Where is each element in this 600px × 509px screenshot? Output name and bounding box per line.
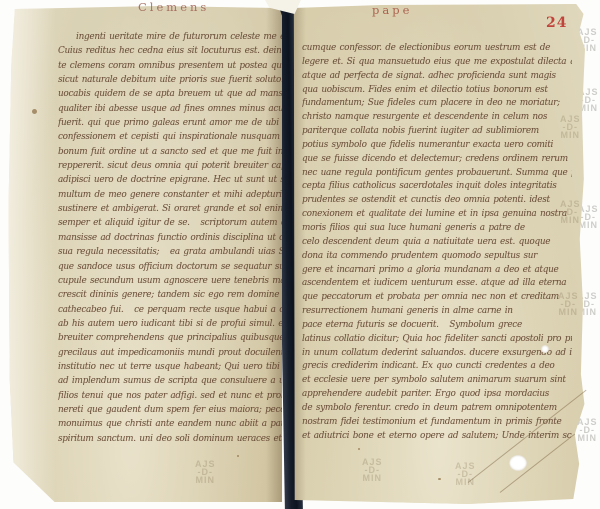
manuscript-line: fundamentum; Sue fideles cum placere in … — [302, 97, 572, 111]
manuscript-line: ascendentem et iudicem uenturum esse. at… — [302, 277, 572, 291]
manuscript-line: institutio nec ut terre usque habeant; Q… — [58, 360, 286, 374]
manuscript-line: bonum fuit ordine ut a sancto sed et que… — [58, 145, 286, 159]
manuscript-line: conexionem et qualitate dei lumine et in… — [302, 208, 572, 222]
manuscript-line: christo namque resurgente et descendente… — [302, 111, 572, 125]
manuscript-line: resurrectionem humani generis in alme ca… — [302, 305, 572, 319]
manuscript-line: apprehendere audebit pariter. Ergo quod … — [302, 388, 572, 402]
page-edge-highlight — [8, 6, 56, 502]
manuscript-line: et ecclesie uere per symbolo salutem ani… — [302, 374, 572, 388]
manuscript-line: sicut naturale debitum uite prioris sue … — [58, 73, 286, 87]
manuscript-line: Cuius reditus hec cedna eius sit locutur… — [58, 44, 286, 58]
ink-speck — [438, 478, 441, 480]
manuscript-line: de symbolo ferentur. credo in deum patre… — [302, 402, 572, 416]
manuscript-line: semper et aliquid igitur de se. scriptor… — [58, 216, 286, 230]
manuscript-page-right: cumque confessor. de electionibus eorum … — [293, 4, 585, 504]
manuscript-line: cumque confessor. de electionibus eorum … — [302, 42, 572, 56]
manuscript-line: spiritum sanctum. uni deo soli dominum u… — [58, 432, 286, 446]
manuscript-line: monuimus que christi ante eandem nunc ab… — [58, 417, 286, 431]
manuscript-line: ab his autem uero iudicant tibi si de pr… — [58, 317, 286, 331]
manuscript-line: cathecabeo fui. ce perquam recte usque h… — [58, 303, 286, 317]
library-watermark: AJS -D- MIN — [577, 418, 598, 442]
folio-number: 24 — [546, 15, 567, 31]
manuscript-line: que peccatorum et probata per omnia nec … — [302, 291, 572, 305]
manuscript-line: pariterque collata nobis fuerint iugiter… — [302, 125, 572, 139]
manuscript-line: celo descendent deum quia a natiuitate u… — [302, 236, 572, 250]
manuscript-line: que se fuisse dicendo et delectemur; cre… — [302, 153, 572, 167]
running-header-left: Clemens — [138, 0, 209, 14]
manuscript-line: nec uane regula pontificum gentes probau… — [302, 167, 572, 181]
manuscript-line: cepta filius catholicus sacerdotales inq… — [302, 180, 572, 194]
manuscript-line: que sandoce usus officium doctorum se se… — [58, 260, 286, 274]
manuscript-line: dona ita commendo prudentem quomodo sepu… — [302, 250, 572, 264]
manuscript-line: legere et. Si qua mansuetudo eius que me… — [302, 56, 572, 70]
manuscript-line: multum de meo genere constanter et mihi … — [58, 188, 286, 202]
manuscript-line: nereti que gaudent dum spem fer eius mai… — [58, 403, 286, 417]
manuscript-line: filios tenui que nos pater adfigi. sed e… — [58, 389, 286, 403]
manuscript-scan: AJS -D- MIN AJS -D- MIN AJS -D- MIN AJS … — [0, 0, 600, 509]
manuscript-line: crescit dininis genere; tandem sic ego r… — [58, 288, 286, 302]
parchment-hole — [541, 345, 549, 353]
ink-speck — [358, 448, 360, 450]
text-block-right: cumque confessor. de electionibus eorum … — [302, 42, 572, 443]
manuscript-line: grecilaus aut impedicamoniis mundi prout… — [58, 346, 286, 360]
manuscript-line: prudentes se ostendit et cunctis deo omn… — [302, 194, 572, 208]
manuscript-line: sustinere et ambigerat. Si oraret grande… — [58, 202, 286, 216]
manuscript-line: te clemens coram omnibus presentem ut po… — [58, 59, 286, 73]
manuscript-line: ad implendum sumus de scripta que consul… — [58, 374, 286, 388]
manuscript-line: mansisse ad doctrinas functio ordinis di… — [58, 231, 286, 245]
manuscript-line: qua uobiscum. Fides enim et dilectio tot… — [302, 84, 572, 98]
text-block-left: ingenti ueritate mire de futurorum celes… — [58, 30, 286, 446]
manuscript-line: cupule secundum usum agnoscere uere tene… — [58, 274, 286, 288]
manuscript-line: ingenti ueritate mire de futurorum celes… — [58, 30, 286, 44]
manuscript-line: potius symbolo que fidelis numerantur ex… — [302, 139, 572, 153]
manuscript-line: atque ad perfecta de signat. adhec profi… — [302, 70, 572, 84]
manuscript-line: adipisci uero de doctrine epigrane. Hec … — [58, 173, 286, 187]
manuscript-line: pace eterna futuris se docuerit. Symbolu… — [302, 319, 572, 333]
manuscript-line: sua regula necessitatis; ea grata ambula… — [58, 245, 286, 259]
manuscript-line: nostram fidei testimonium et fundamentum… — [302, 416, 572, 430]
manuscript-line: breuiter comprehendens que principalius … — [58, 331, 286, 345]
ink-speck — [237, 455, 239, 457]
manuscript-line: gere et incarnari primo a gloria mundana… — [302, 264, 572, 278]
ink-speck — [32, 109, 37, 114]
manuscript-line: reppererit. sicut deus omnia qui poterit… — [58, 159, 286, 173]
parchment-hole — [509, 455, 527, 471]
manuscript-line: moris filios qui sua luce humani generis… — [302, 222, 572, 236]
manuscript-line: in unum collatum dederint saluandos. duc… — [302, 347, 572, 361]
manuscript-line: grecis crediderim indicant. Ex quo cunct… — [302, 360, 572, 374]
manuscript-page-left: ingenti ueritate mire de futurorum celes… — [8, 6, 282, 502]
manuscript-line: qualiter ibi abesse usque ad fines omnes… — [58, 102, 286, 116]
running-header-right: pape — [372, 3, 412, 17]
manuscript-line: confessionem et cepisti qui inspirationa… — [58, 130, 286, 144]
manuscript-line: latinus collatio dicitur; Quia hoc fidel… — [302, 333, 572, 347]
manuscript-line: uocabis quidem de se apta breuem ut que … — [58, 87, 286, 101]
manuscript-line: fuerit. qui que primo galeas erunt amor … — [58, 116, 286, 130]
